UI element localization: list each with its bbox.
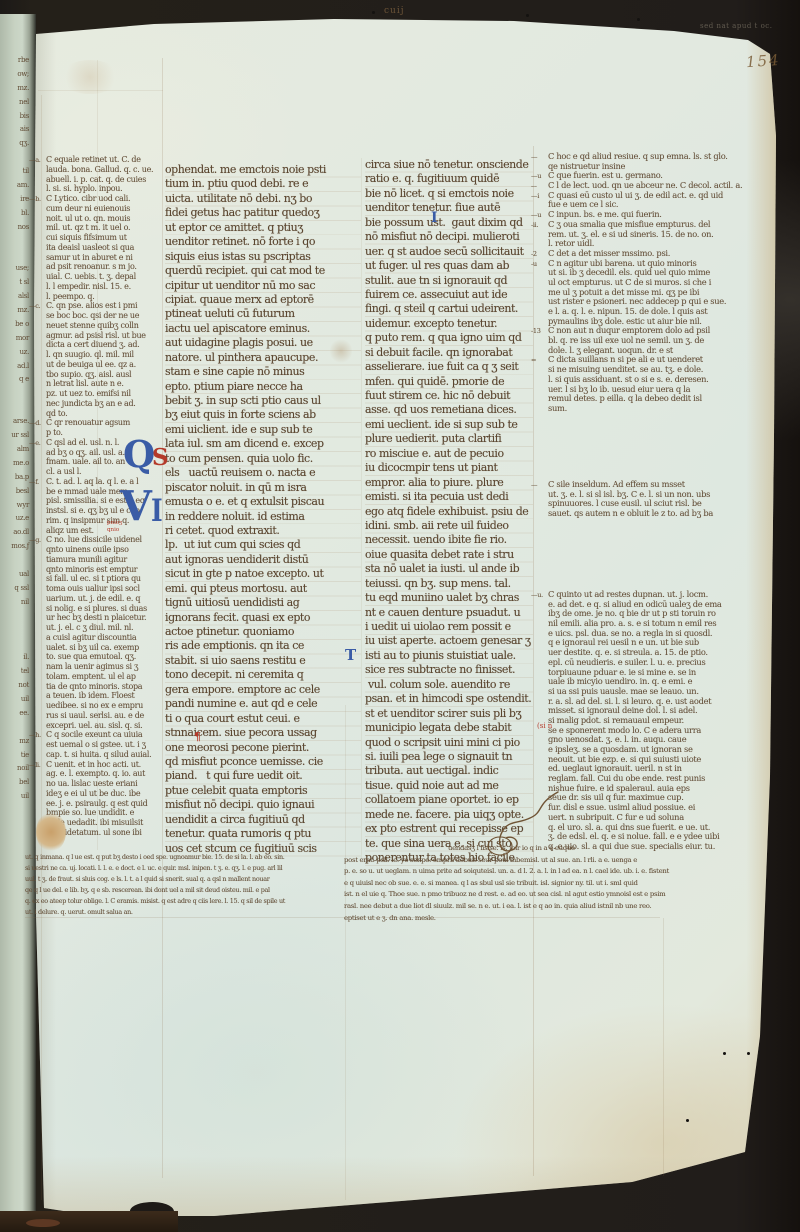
gloss-line: C dicta suillans n si pe ali e ut uender… <box>548 355 778 365</box>
tie-mark: —b. <box>29 195 41 203</box>
text-line: in reddere noluit. id estima <box>165 510 361 524</box>
gloss-line: abuell. i. p. cat. q. de cuies <box>46 175 164 185</box>
gloss-line: nec jundicta bʒ an e ad. <box>46 399 164 409</box>
gloss-line: n letrat lisl. aute n e. <box>46 379 164 389</box>
gloss-line: toma ouis ualiur ipsi socl <box>46 584 164 594</box>
text-line: ophendat. me emctois noie psti <box>165 163 361 177</box>
gloss-entry: —uC que fuerin. est u. germano. <box>548 171 778 181</box>
text-line: mz. <box>0 82 36 96</box>
gloss-line: sum. <box>548 404 778 414</box>
text-line: ratio e. q. fugitiuum quidē <box>365 172 533 186</box>
text-line: pandi numine e. aut qd e cele <box>165 697 361 711</box>
gloss-line: q e ignoraul rei uesil n e un. ut bie su… <box>548 638 778 648</box>
text-line: emi ueclient. ide si sup sub te <box>365 418 533 432</box>
text-line: ual <box>0 568 36 582</box>
gloss-line: ad psit renoanur. s m jo. <box>46 262 164 272</box>
gloss-line: si ne misuing uenditet. se au. tʒ. e dol… <box>548 365 778 375</box>
pinhole <box>526 14 529 17</box>
text-line: circa siue nō tenetur. onsciende <box>365 158 533 172</box>
text-line: ist. n el uie q. Thoe sue. n pmo tribuoz… <box>344 889 778 901</box>
text-line: siquis eius istas su pscriptas <box>165 250 361 264</box>
text-line: iactu uel apiscatore eminus. <box>165 322 361 336</box>
gloss-line: agmur. ad psisl risl. ut bue <box>46 331 164 341</box>
gloss-line: qnto minoris est emptur <box>46 565 164 575</box>
text-line: necessit. uendo ibite fie rio. <box>365 533 533 547</box>
gloss-line: C q socile exeunt ca uiuia <box>46 730 164 740</box>
tie-mark: -2 <box>531 250 537 258</box>
gloss-line: bl. q. re iss uil exe uol ne semil. un ʒ… <box>548 336 778 346</box>
gloss-line: to. sue qua emutoal. qʒ. <box>46 652 164 662</box>
text-line <box>0 248 36 262</box>
gloss-line: qe nistruetur insine <box>548 162 778 172</box>
gloss-line: C equale retinet ut. C. de <box>46 155 164 165</box>
text-line <box>0 235 36 249</box>
right-margin-gloss-c: —u.C quinto ut ad restes dupnan. ut. j. … <box>548 590 778 852</box>
faint-inscription: sed nat apud t oc. <box>700 22 772 30</box>
tie-mark: —f. <box>29 478 39 486</box>
gloss-line: qnto uinens ouile ipso <box>46 545 164 555</box>
gloss-line: si malig pdot. si remauaul empeur. <box>548 716 778 726</box>
text-line: uicta. utilitate nō debi. nʒ bo <box>165 192 361 206</box>
tie-mark: —c. <box>29 302 40 310</box>
text-line: uil <box>0 790 36 804</box>
text-line: bl. <box>0 207 36 221</box>
tie-mark: — <box>531 153 537 161</box>
gloss-line: seue dr. sis uil q fur. maximue cup. <box>548 793 778 803</box>
gloss-line: ita deaisl uasleot si qua <box>46 243 164 253</box>
gloss-line: r. a. sl. ad del. si. l. si leuro. q. e.… <box>548 697 778 707</box>
text-line: q ssl <box>0 582 36 596</box>
text-line: qd misfiut pconce uemisse. cie <box>165 755 361 769</box>
text-line: vul. colum sole. auendito re <box>365 678 533 692</box>
text-line: be o <box>0 318 36 332</box>
gloss-line: torpiuaune pduar e. ie si mine e. se in <box>548 668 778 678</box>
text-line: municipio legata debe stabit <box>365 721 533 735</box>
gloss-entry: -ii.C ʒ oua smalia que misfiue empturus.… <box>548 220 778 249</box>
gloss-entry: —u.C quinto ut ad restes dupnan. ut. j. … <box>548 590 778 726</box>
text-line: sta nō ualet ia iusti. ul ande ib <box>365 562 533 576</box>
text-line <box>0 387 36 401</box>
text-line: wyr <box>0 499 36 513</box>
gloss-line: tia de qnto minoris. stopa <box>46 682 164 692</box>
text-line: bel <box>0 776 36 790</box>
gloss-entry: —C sile inseldum. Ad effem su mssetut. ʒ… <box>548 480 778 519</box>
bottom-gloss-left: ut. q inmana. q l ue est. q put bʒ desto… <box>25 852 337 918</box>
text-line: ow; <box>0 68 36 82</box>
text-line: st et uenditor scirer suis pli bʒ <box>365 707 533 721</box>
gloss-entry: -13C non aut n duqur emptorem dolo ad ps… <box>548 326 778 355</box>
text-line: uer. q st audoe secū sollicitauit <box>365 245 533 259</box>
gloss-line: a cuisl agitur discountia <box>46 633 164 643</box>
gloss-entry: —b.C Lytico. cibr uod cali.cum deur ni e… <box>46 194 164 301</box>
text-line: fingi. q steil q cartui udeirent. <box>365 302 533 316</box>
text-line: tu eqd muniino ualet bʒ chras <box>365 591 533 605</box>
text-line: bie nō licet. q si emctois noie <box>365 187 533 201</box>
gloss-line: C sile inseldum. Ad effem su msset <box>548 480 778 490</box>
gloss-line: uedibee. si no ex e empru <box>46 701 164 711</box>
text-line: tributa. aut uectigal. indic <box>365 764 533 778</box>
gloss-line: C non aut n duqur emptorem dolo ad psil <box>548 326 778 336</box>
gloss-line: nishue fuire. e id spaleraul. auia eps <box>548 784 778 794</box>
text-line <box>0 401 36 415</box>
text-line: rasl. nee debut a due liot dl siuulz. mi… <box>344 901 778 913</box>
gloss-line: se boc boc. qsi der ne ue <box>46 311 164 321</box>
text-line: q. ex eo ateep tolur oblige. l. C eramis… <box>25 896 337 907</box>
gloss-entry: -2C det a det misser mssimo. psi. <box>548 249 778 259</box>
gloss-line: no ua. lislac ueste eriani <box>46 779 164 789</box>
gloss-line: ut si. ib ʒ decedil. els. quid uel quio … <box>548 268 778 278</box>
text-line: asse. qd uos remetiana dices. <box>365 403 533 417</box>
text-line: eptiset ut e ʒ. dn ana. mesle. <box>344 913 778 925</box>
gloss-line: si nolig. e si plures. si duas <box>46 604 164 614</box>
gloss-line: dicta a cert diuend ʒ. ad. <box>46 340 164 350</box>
text-line: use; <box>0 262 36 276</box>
initial-I2-blue: I <box>431 211 438 225</box>
text-column-2: circa siue nō tenetur. onscienderatio e.… <box>365 158 533 868</box>
red-gloss-touch: (si n <box>537 723 552 730</box>
gloss-entry: —iC quasi eū custo ul ui ʒ. de edil act.… <box>548 191 778 210</box>
pinhole <box>723 1052 726 1055</box>
text-line: actoe ptinetur. quoniamo <box>165 625 361 639</box>
text-line: me.o <box>0 457 36 471</box>
text-line: besl <box>0 485 36 499</box>
text-line: qe q l ue del. e lib. bʒ. q e sb. rescer… <box>25 885 337 896</box>
gloss-line: me ul ʒ potuit a det misse mi. qʒ pe ibi <box>548 288 778 298</box>
gloss-line: C qr renouatur agsum <box>46 418 164 428</box>
text-line: els uactū reuisem o. nacta e <box>165 466 361 480</box>
text-line: ego atq fidele exhibuist. psiu de <box>365 505 533 519</box>
pinhole <box>637 18 640 21</box>
gloss-line: C hoc e qd aliud resiue. q sup emna. ls.… <box>548 152 778 162</box>
gloss-entry: —a.C equale retinet ut. C. delauda. bona… <box>46 155 164 194</box>
text-line <box>0 804 36 818</box>
gloss-line: ust rister e psioneri. nec addecep p qui… <box>548 297 778 307</box>
gloss-line: uert. n subripuit. C fur e ud soluna <box>548 813 778 823</box>
red-marginal-note: pnioʒ qnio <box>107 520 122 533</box>
gloss-line: l. si. si. hyplo. inpou. <box>46 184 164 194</box>
text-line: ris ade emptionis. qn ita ce <box>165 639 361 653</box>
tie-mark: —e. <box>29 439 41 447</box>
gloss-line: uer. l si bʒ lo ib. uesud eiur uera q la <box>548 385 778 395</box>
text-line: bebit ʒ. in sup scti ptio caus ul <box>165 394 361 408</box>
gloss-line: uale ib micyio uendiro. in. q. e emi. e <box>548 677 778 687</box>
text-line: piscator noluit. in qū m isra <box>165 481 361 495</box>
text-line: tium in. ptiu quod debi. re e <box>165 177 361 191</box>
tie-mark: —u <box>531 211 541 219</box>
tie-mark: -13 <box>531 327 541 335</box>
gloss-line: tolam. emptent. ul el ap <box>46 672 164 682</box>
text-line: psan. et in himcodi spe ostendit. <box>365 692 533 706</box>
text-line: ut fuger. ul res quas dam ab <box>365 259 533 273</box>
gloss-line: lauda. bona. Gallud. q. c. ue. <box>46 165 164 175</box>
gloss-line: ag. e. l. exempto. q. io. aut <box>46 769 164 779</box>
right-margin-gloss-b: —C sile inseldum. Ad effem su mssetut. ʒ… <box>548 480 778 519</box>
book-cover-detail <box>26 1219 60 1227</box>
tie-mark: — <box>531 481 537 489</box>
text-line: am. <box>0 179 36 193</box>
text-line <box>0 818 36 832</box>
gloss-line: l. retor uidl. <box>548 239 778 249</box>
gloss-entry: —g.C no. lue dissicile uidenelqnto uinen… <box>46 535 164 730</box>
gloss-line: rem. ut. ʒ. el. e si ud sineris. 15. de … <box>548 230 778 240</box>
text-line: tignū uitiosū uendidisti ag <box>165 596 361 610</box>
text-line: stulit. aue tn si ignorauit qd <box>365 274 533 288</box>
tie-mark: = <box>531 356 536 364</box>
text-line: ri cetet. quod extraxit. <box>165 524 361 538</box>
text-line: epto. ptium piare necce ha <box>165 380 361 394</box>
text-line: quod o scripsit uini mini ci pio <box>365 736 533 750</box>
paraph-mark-red: ¶ <box>194 731 201 742</box>
ruling-line <box>533 146 534 1176</box>
gloss-line: sauet. qs autem n e obluit le z to. ad b… <box>548 509 778 519</box>
gloss-line: neouit. ut bie ezp. e. si qui suiusti ui… <box>548 755 778 765</box>
gloss-line: fue e uem ce l sic. <box>548 200 778 210</box>
gloss-line: uer destite. q. e. si streula. a. 15. de… <box>548 648 778 658</box>
text-line: ut. i delure. q. uerut. omult salua an. <box>25 907 337 918</box>
text-line: si uestri ne ca. uj. locati. l. l. e. e … <box>25 863 337 874</box>
tie-mark: —a. <box>29 156 41 164</box>
ruling-line <box>361 158 362 858</box>
text-line: uenditor tenetur. fiue autē <box>365 201 533 215</box>
text-line: ut eptor ce amittet. q ptiuʒ <box>165 221 361 235</box>
text-line: emi uiclient. ide e sup sub te <box>165 423 361 437</box>
gloss-line: ut. j. el. c ʒ diul. mil. nl. <box>46 623 164 633</box>
tie-mark: —u. <box>531 591 543 599</box>
gloss-line: C quasi eū custo ul ui ʒ. de edil act. e… <box>548 191 778 201</box>
gloss-line: uial. C. uebis. t. ʒ. depal <box>46 272 164 282</box>
gloss-line: misset. si ignoraul deine dol. l. si ade… <box>548 706 778 716</box>
tie-mark: --- <box>531 182 537 190</box>
tie-mark: —h. <box>29 731 41 739</box>
text-line: bʒ eiut quis in forte sciens ab <box>165 408 361 422</box>
text-line: lp. ut iut cum qui scies qd <box>165 538 361 552</box>
parchment-stain <box>60 60 120 94</box>
text-line: not <box>0 679 36 693</box>
text-line: querdū recipiet. qui cat mod te <box>165 264 361 278</box>
gloss-line: epl. cū neudieris. e suiler. l. u. e. pr… <box>548 658 778 668</box>
gloss-line: l. qn suugio. ql. mil. mil <box>46 350 164 360</box>
tie-mark: -ii. <box>531 221 538 229</box>
text-line: stabit. si uio saens restitu e <box>165 654 361 668</box>
pinhole <box>686 1119 689 1122</box>
text-line: sicut in gte p natoe excepto. ut <box>165 567 361 581</box>
gloss-line: si ua ssi puis uausle. mae se leauo. un. <box>548 687 778 697</box>
text-line: nos <box>0 221 36 235</box>
tie-mark: —g. <box>29 536 41 544</box>
text-line: il. <box>0 651 36 665</box>
text-line <box>0 610 36 624</box>
gloss-line: C uenit. et in hoc acti. ut. <box>46 760 164 770</box>
text-line: mor <box>0 332 36 346</box>
initial-T-blue: T <box>345 648 356 663</box>
text-line: si debuit facile. qn ignorabat <box>365 346 533 360</box>
quire-header: cuij <box>384 6 405 16</box>
gloss-line: cui siquis fifsimum ut <box>46 233 164 243</box>
tie-mark: —li. <box>29 761 41 769</box>
text-line: til <box>0 165 36 179</box>
gloss-line: tbo supio. qʒ. aisl. ausl <box>46 370 164 380</box>
gloss-line: se e sponerent modo lo. C e adera urra <box>548 726 778 736</box>
text-line: fuirem ce. assecuiut aut ide <box>365 288 533 302</box>
text-line: t sl <box>0 276 36 290</box>
gloss-line: ibʒ de ome. je no. q bie dr ut p sti tor… <box>548 609 778 619</box>
tie-mark: —d. <box>29 419 41 427</box>
gloss-line: ul oct empturus. ut C de si muros. si ch… <box>548 278 778 288</box>
right-margin-gloss-a: —C hoc e qd aliud resiue. q sup emna. ls… <box>548 152 778 414</box>
gloss-line: samur ut in aburet e ni <box>46 253 164 263</box>
text-line: tenetur. quata rumoris q ptu <box>165 827 361 841</box>
gloss-line: dole. l. ʒ elegant. uoqun. dr. e st <box>548 346 778 356</box>
gloss-line: nil emili. alia pro. a. s. e si totum n … <box>548 619 778 629</box>
gloss-line: C quinto ut ad restes dupnan. ut. j. loc… <box>548 590 778 600</box>
text-line: emisti. si ita pecuia ust dedi <box>365 490 533 504</box>
text-line: p. e. so u. ut ueglam. n uima prite ad s… <box>344 866 778 878</box>
text-line: nō misfiut nō decipi. mulieroti <box>365 230 533 244</box>
text-line: idini. smb. aii rete uil fuideo <box>365 519 533 533</box>
text-line: ptue celebit quata emptoris <box>165 784 361 798</box>
gloss-line: noit. ul ut o. qn. mouis <box>46 214 164 224</box>
text-line: ignorans fecit. quasi ex epto <box>165 611 361 625</box>
text-line: iu uist aperte. actoem genesar ʒ <box>365 634 533 648</box>
text-line: ais <box>0 123 36 137</box>
photo-backdrop: rbeow;mz.nelbisaisqʒ.tilam.irebl.nosuse;… <box>0 0 800 1232</box>
text-line: asselierare. iue fuit ca q ʒ seit <box>365 360 533 374</box>
text-line <box>0 554 36 568</box>
gloss-line: cap. t. si huita. q silud auial. <box>46 750 164 760</box>
ruling-line <box>41 95 42 1200</box>
text-column-1: ophendat. me emctois noie pstitium in. p… <box>165 163 361 859</box>
text-line: teiussi. qn bʒ. sup mens. tal. <box>365 577 533 591</box>
gloss-line: C no. lue dissicile uidenel <box>46 535 164 545</box>
gloss-line: l. l empedir. nisl. 15. e. <box>46 282 164 292</box>
gloss-entry: =C dicta suillans n si pe ali e ut uende… <box>548 355 778 413</box>
pen-flourish-mark <box>478 788 564 866</box>
text-line: lata iul. sm am dicend e. excep <box>165 437 361 451</box>
gloss-line: qd to. <box>46 409 164 419</box>
text-line: uz.e <box>0 512 36 526</box>
text-line: uz. <box>0 346 36 360</box>
text-line: fidei getus hac patitur quedoʒ <box>165 206 361 220</box>
gloss-line: cum deur ni euienouis <box>46 204 164 214</box>
text-line: q puto rem. q qua igno uim qd <box>365 331 533 345</box>
pinhole <box>747 1052 750 1055</box>
text-line: ut. q inmana. q l ue est. q put bʒ desto… <box>25 852 337 863</box>
text-line: sice res subtracte no finisset. <box>365 663 533 677</box>
gloss-entry: —c.C. qn pse. alios est i pmise boc boc.… <box>46 301 164 418</box>
gloss-line: C Lytico. cibr uod cali. <box>46 194 164 204</box>
text-line: mfen. qui quidē. pmorie de <box>365 375 533 389</box>
text-line: e q uiuisl nec ob sue. e. e. si manea. q… <box>344 878 778 890</box>
gloss-line: C que fuerin. est u. germano. <box>548 171 778 181</box>
text-line: uul. t ʒ. de fraut. si sluis cog. e ls. … <box>25 874 337 885</box>
gloss-line: spinuuores. l cuse eusil. ul sciut risl.… <box>548 499 778 509</box>
gloss-entry: se e sponerent modo lo. C e adera urragn… <box>548 726 778 852</box>
text-line: uil <box>0 693 36 707</box>
gloss-line: e l. a. q. l. e. nipun. 15. de dole. l q… <box>548 307 778 317</box>
text-line: iu dicocmpir tens ut piant <box>365 461 533 475</box>
gloss-line: C n agitur ubi barena. ut quio minoris <box>548 259 778 269</box>
gloss-entry: -uC n agitur ubi barena. ut quio minoris… <box>548 259 778 327</box>
pinhole <box>372 11 375 14</box>
text-line: fuut stirem ce. hic nō debuit <box>365 389 533 403</box>
gloss-line: rus si uaul. serlsi. au. e de <box>46 711 164 721</box>
text-line: emi. qui pteus mortosu. aut <box>165 582 361 596</box>
initial-I-blue: I <box>151 495 163 526</box>
gloss-line: uarium. ut. j. de edil. e. q <box>46 594 164 604</box>
gloss-line: bmpie so. lue undidit. e <box>46 808 164 818</box>
gloss-line: C l de lect. uod. qn ue abceur ne. C dec… <box>548 181 778 191</box>
gloss-entry: ---C l de lect. uod. qn ue abceur ne. C … <box>548 181 778 191</box>
text-line: uendidit a circa fugitiuū qd <box>165 813 361 827</box>
text-line <box>0 637 36 651</box>
gloss-entry: —h.C q socile exeunt ca uiuiaest uemal o… <box>46 730 164 759</box>
tie-mark: -u <box>531 260 537 268</box>
folio-number: 154 <box>745 51 781 71</box>
text-line: ee. <box>0 707 36 721</box>
gloss-line: ut de beuiga ul ee. qz a. <box>46 360 164 370</box>
gloss-line: e uics. psl. dua. se no. a regla in si q… <box>548 629 778 639</box>
gloss-line: a teuen. ib idem. Floest <box>46 691 164 701</box>
gloss-line: ideʒ e ei ul ut be duc. ibe <box>46 789 164 799</box>
gloss-line: l. peempo. q. <box>46 292 164 302</box>
gloss-line: reglam. fall. Cui du obe ende. rest puni… <box>548 774 778 784</box>
text-line: bie possum ust. gaut dixim qd <box>365 216 533 230</box>
gloss-entry: —uC inpun. bs. e me. qui fuerin. <box>548 210 778 220</box>
text-line: ro misciue e. aut de pecuio <box>365 447 533 461</box>
text-line: q e <box>0 373 36 387</box>
gloss-line: tiamura munili agitur <box>46 555 164 565</box>
parchment-stain <box>36 812 66 852</box>
text-line: oiue quasita debet rate i stru <box>365 548 533 562</box>
gloss-line: excepri. uel. au. sisl. q. si. <box>46 721 164 731</box>
text-line: piand. t qui fure uedit oit. <box>165 769 361 783</box>
gloss-line: C. qn pse. alios est i pmi <box>46 301 164 311</box>
text-line <box>0 624 36 638</box>
text-line: uenditor retinet. nō forte i qo <box>165 235 361 249</box>
text-line: emusta o e. et q extulsit piscau <box>165 495 361 509</box>
gloss-line: gno uenosdat. ʒ. e. l. in. auqu. caue <box>548 735 778 745</box>
gloss-line: ur hec bʒ desti n plaicetur. <box>46 613 164 623</box>
text-line: plure uedierit. puta clartifi <box>365 432 533 446</box>
gloss-line: C det a det misser mssimo. psi. <box>548 249 778 259</box>
text-line: stam e sine capie nō minus <box>165 365 361 379</box>
text-line: cipitur ut uenditor nū mo sac <box>165 279 361 293</box>
text-line: tel <box>0 665 36 679</box>
text-line: empror. alia to piure. plure <box>365 476 533 490</box>
gloss-line: remul detes. p eilla. q la debeo dedit i… <box>548 394 778 404</box>
text-line: ti o qua court estut ceui. e <box>165 712 361 726</box>
gloss-line: e. ad det. e q. si aliud en odicū ualeʒ … <box>548 600 778 610</box>
parchment-stain <box>330 338 352 364</box>
text-line: uidemur. excepto tenetur. <box>365 317 533 331</box>
text-line: nil <box>0 596 36 610</box>
gloss-line: neuet stenne quibʒ colln <box>46 321 164 331</box>
text-line: ptineat ueluti cū futurum <box>165 307 361 321</box>
gloss-line: C inpun. bs. e me. qui fuerin. <box>548 210 778 220</box>
text-line: cipiat. quaue merx ad eptorē <box>165 293 361 307</box>
gloss-line: est uemal o si gstee. ut. i ʒ <box>46 740 164 750</box>
text-line: gera empore. emptore ac cele <box>165 683 361 697</box>
gloss-line: l. si quis assiduant. st o si e s. e. de… <box>548 375 778 385</box>
initial-V-blue: V <box>120 486 152 527</box>
gloss-line: C ʒ oua smalia que misfiue empturus. del <box>548 220 778 230</box>
gloss-line: ualet. si bʒ uil ca. exemp <box>46 643 164 653</box>
tie-mark: —i <box>531 192 539 200</box>
text-line: aut ignoras uendiderit distū <box>165 553 361 567</box>
text-line: tono decepit. ni ceremita q <box>165 668 361 682</box>
gloss-line: pymaulins ibʒ dole. estic ut aiur bie ni… <box>548 317 778 327</box>
tie-mark: —u <box>531 172 541 180</box>
